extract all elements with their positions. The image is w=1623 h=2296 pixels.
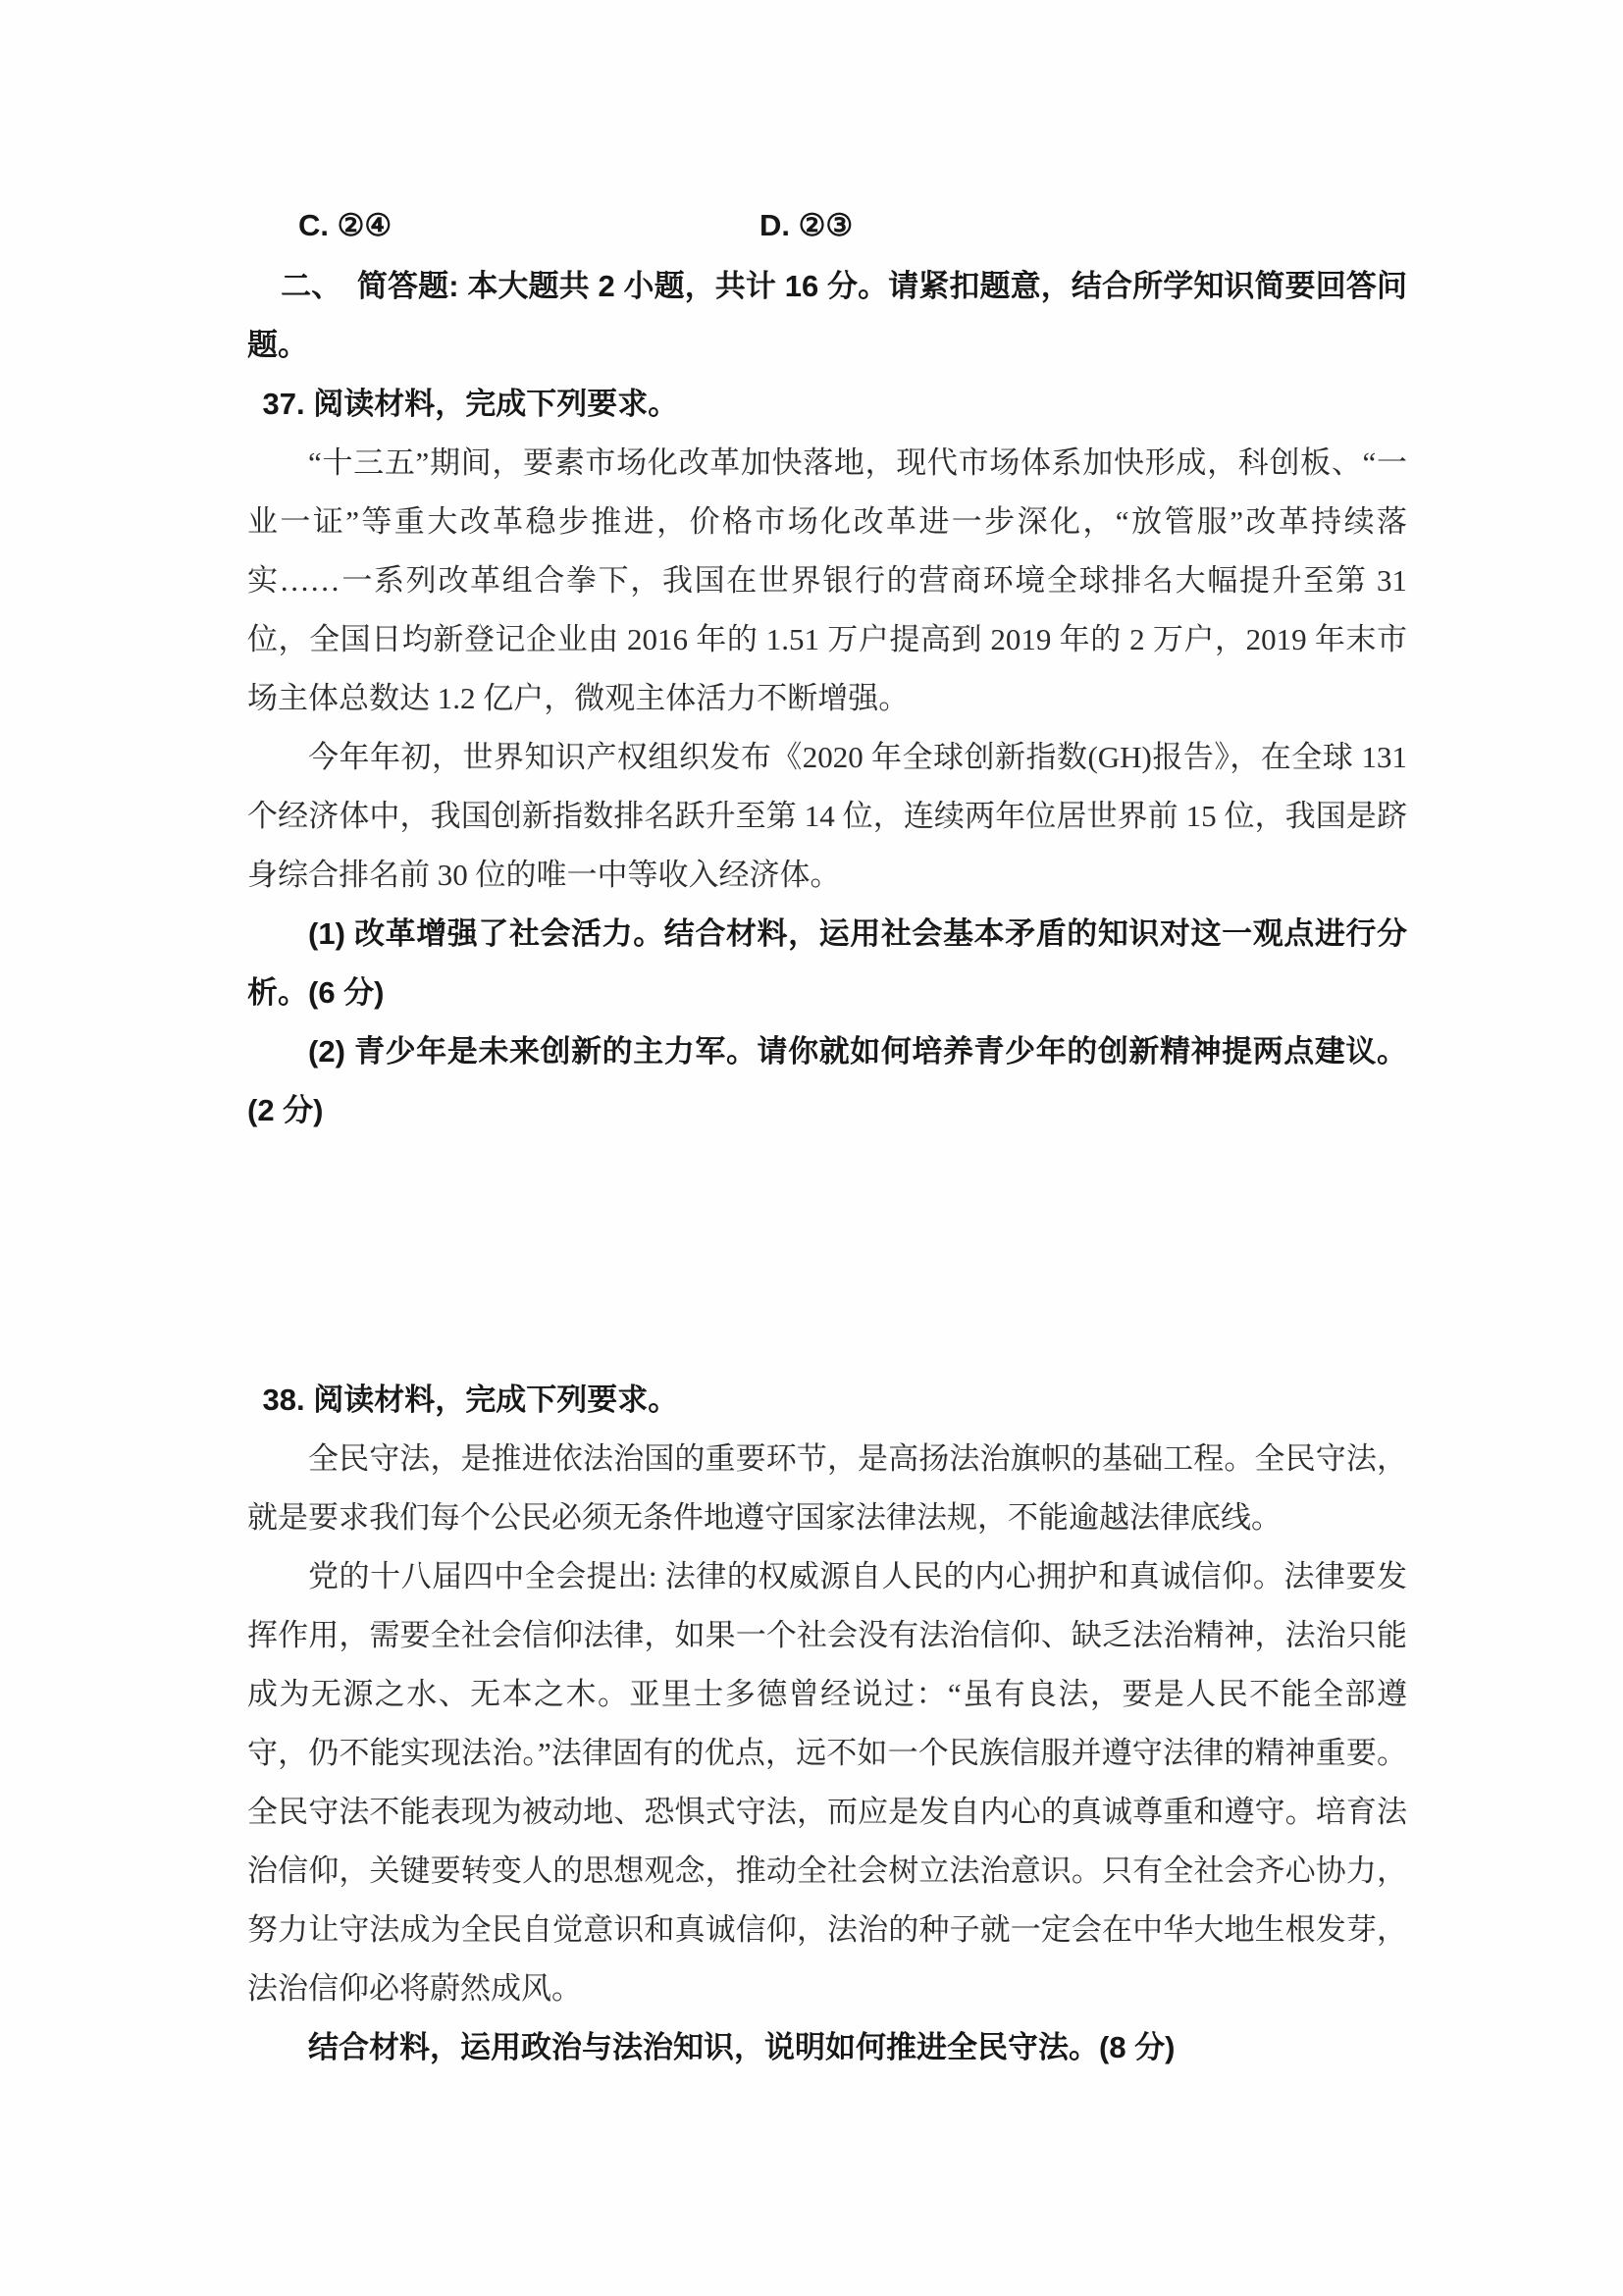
question-38-request: 结合材料，运用政治与法治知识，说明如何推进全民守法。(8 分) [247,2018,1407,2077]
question-37-subquestion-1: (1) 改革增强了社会活力。结合材料，运用社会基本矛盾的知识对这一观点进行分析。… [247,905,1407,1022]
answer-space-37 [247,1140,1407,1371]
question-37-material-2: 今年年初，世界知识产权组织发布《2020 年全球创新指数(GH)报告》，在全球 … [247,728,1407,905]
section-two-header: 二、 简答题: 本大题共 2 小题，共计 16 分。请紧扣题意，结合所学知识简要… [247,257,1407,375]
option-d: D. ②③ [759,196,853,255]
question-37-material-1: “十三五”期间，要素市场化改革加快落地，现代市场体系加快形成，科创板、“一业一证… [247,434,1407,728]
question-38-title: 38. 阅读材料，完成下列要求。 [247,1371,1407,1430]
question-38-material-1: 全民守法，是推进依法治国的重要环节，是高扬法治旗帜的基础工程。全民守法，就是要求… [247,1430,1407,1547]
options-row: C. ②④ D. ②③ [247,196,1407,255]
question-37-subquestion-2: (2) 青少年是未来创新的主力军。请你就如何培养青少年的创新精神提两点建议。(2… [247,1022,1407,1140]
exam-page: C. ②④ D. ②③ 二、 简答题: 本大题共 2 小题，共计 16 分。请紧… [0,0,1623,2296]
question-38-material-2: 党的十八届四中全会提出: 法律的权威源自人民的内心拥护和真诚信仰。法律要发挥作用… [247,1547,1407,2018]
question-37-title: 37. 阅读材料，完成下列要求。 [247,375,1407,434]
option-c: C. ②④ [298,196,392,255]
